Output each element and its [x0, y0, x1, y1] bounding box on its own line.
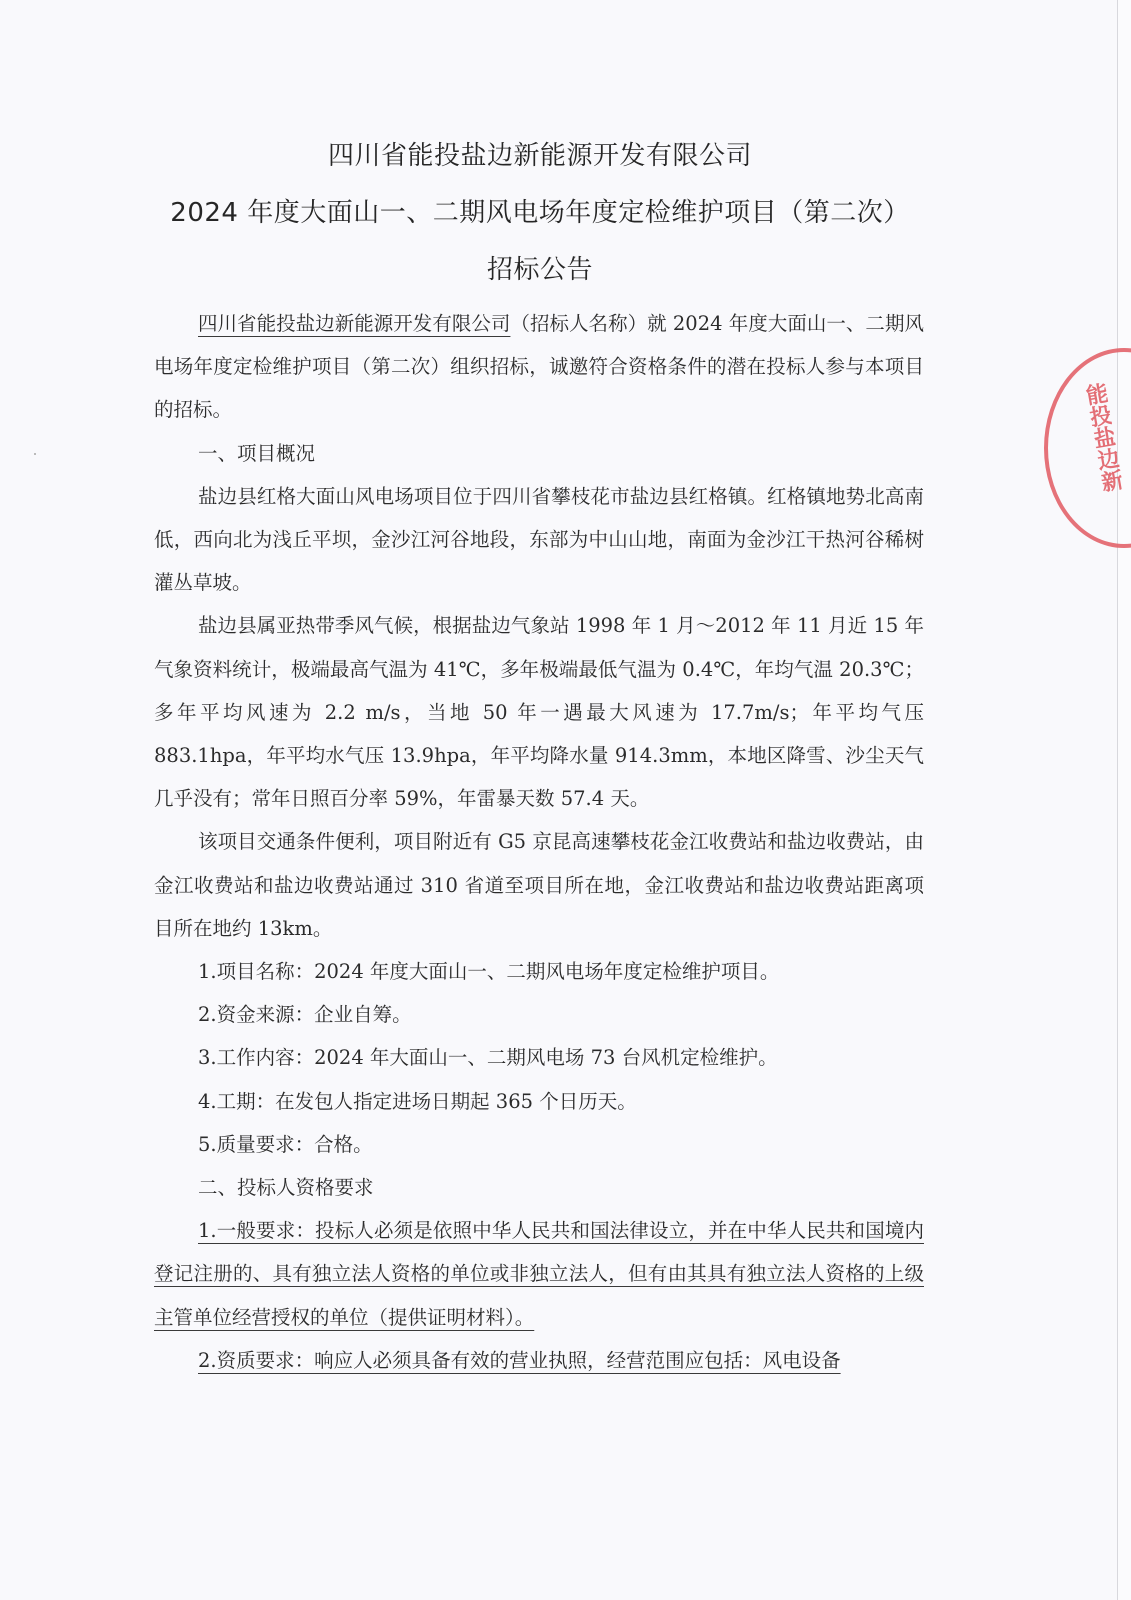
scan-speck [34, 453, 36, 455]
document-body: 四川省能投盐边新能源开发有限公司（招标人名称）就 2024 年度大面山一、二期风… [154, 302, 924, 1382]
page-edge [1118, 0, 1131, 1600]
tenderer-name: 四川省能投盐边新能源开发有限公司 [198, 312, 510, 335]
section1-heading: 一、项目概况 [154, 432, 924, 475]
location-paragraph: 盐边县红格大面山风电场项目位于四川省攀枝花市盐边县红格镇。红格镇地势北高南低，西… [154, 475, 924, 605]
qualification-requirement-text: 2.资质要求：响应人必须具备有效的营业执照，经营范围应包括：风电设备 [198, 1349, 841, 1372]
company-title: 四川省能投盐边新能源开发有限公司 [0, 128, 1080, 185]
notice-title: 招标公告 [0, 242, 1080, 299]
work-content-item: 3.工作内容：2024 年大面山一、二期风电场 73 台风机定检维护。 [154, 1036, 924, 1079]
intro-paragraph: 四川省能投盐边新能源开发有限公司（招标人名称）就 2024 年度大面山一、二期风… [154, 302, 924, 432]
project-title: 2024 年度大面山一、二期风电场年度定检维护项目（第二次） [0, 185, 1080, 242]
climate-paragraph: 盐边县属亚热带季风气候，根据盐边气象站 1998 年 1 月～2012 年 11… [154, 604, 924, 820]
section2-heading: 二、投标人资格要求 [154, 1166, 924, 1209]
funding-source-item: 2.资金来源：企业自筹。 [154, 993, 924, 1036]
general-requirement-item: 1.一般要求：投标人必须是依照中华人民共和国法律设立，并在中华人民共和国境内登记… [154, 1209, 924, 1339]
project-name-item: 1.项目名称：2024 年度大面山一、二期风电场年度定检维护项目。 [154, 950, 924, 993]
general-requirement-text: 1.一般要求：投标人必须是依照中华人民共和国法律设立，并在中华人民共和国境内登记… [154, 1219, 924, 1328]
duration-item: 4.工期：在发包人指定进场日期起 365 个日历天。 [154, 1080, 924, 1123]
document-title-block: 四川省能投盐边新能源开发有限公司 2024 年度大面山一、二期风电场年度定检维护… [0, 128, 1080, 299]
quality-item: 5.质量要求：合格。 [154, 1123, 924, 1166]
transport-paragraph: 该项目交通条件便利，项目附近有 G5 京昆高速攀枝花金江收费站和盐边收费站，由金… [154, 820, 924, 950]
qualification-requirement-item: 2.资质要求：响应人必须具备有效的营业执照，经营范围应包括：风电设备 [154, 1339, 924, 1382]
